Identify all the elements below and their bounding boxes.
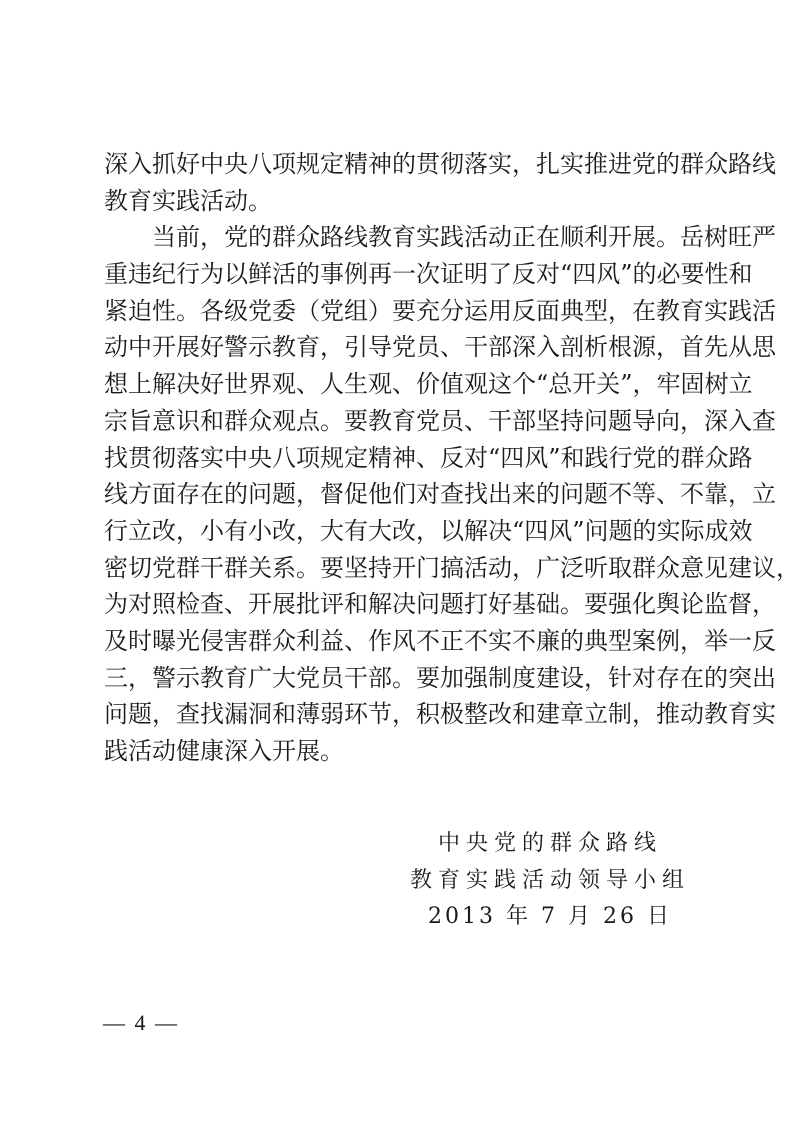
text-line: 及时曝光侵害群众利益、作风不正不实不廉的典型案例，举一反 bbox=[104, 623, 698, 660]
document-body: 深入抓好中央八项规定精神的贯彻落实，扎实推进党的群众路线 教育实践活动。 当前，… bbox=[104, 146, 698, 770]
text-line: 重违纪行为以鲜活的事例再一次证明了反对“四风”的必要性和 bbox=[104, 256, 698, 293]
text-line: 密切党群干群关系。要坚持开门搞活动，广泛听取群众意见建议， bbox=[104, 550, 698, 587]
document-page: 深入抓好中央八项规定精神的贯彻落实，扎实推进党的群众路线 教育实践活动。 当前，… bbox=[0, 0, 800, 1132]
text-line: 问题，查找漏洞和薄弱环节，积极整改和建章立制，推动教育实 bbox=[104, 696, 698, 733]
text-line: 当前，党的群众路线教育实践活动正在顺利开展。岳树旺严 bbox=[104, 219, 698, 256]
text-line: 宗旨意识和群众观点。要教育党员、干部坚持问题导向，深入查 bbox=[104, 403, 698, 440]
text-line: 找贯彻落实中央八项规定精神、反对“四风”和践行党的群众路 bbox=[104, 440, 698, 477]
text-line: 为对照检查、开展批评和解决问题打好基础。要强化舆论监督， bbox=[104, 586, 698, 623]
text-line: 深入抓好中央八项规定精神的贯彻落实，扎实推进党的群众路线 bbox=[104, 146, 698, 183]
signature-date: 2013 年 7 月 26 日 bbox=[400, 899, 700, 936]
text-line: 紧迫性。各级党委（党组）要充分运用反面典型，在教育实践活 bbox=[104, 293, 698, 330]
page-number: — 4 — bbox=[103, 1010, 179, 1036]
signature-org-line2: 教育实践活动领导小组 bbox=[400, 863, 700, 900]
text-line: 行立改，小有小改，大有大改，以解决“四风”问题的实际成效 bbox=[104, 513, 698, 550]
text-line: 教育实践活动。 bbox=[104, 183, 698, 220]
signature-block: 中央党的群众路线 教育实践活动领导小组 2013 年 7 月 26 日 bbox=[400, 826, 700, 936]
text-line: 想上解决好世界观、人生观、价值观这个“总开关”，牢固树立 bbox=[104, 366, 698, 403]
signature-org-line1: 中央党的群众路线 bbox=[400, 826, 700, 863]
text-line: 线方面存在的问题，督促他们对查找出来的问题不等、不靠，立 bbox=[104, 476, 698, 513]
text-line: 践活动健康深入开展。 bbox=[104, 733, 698, 770]
text-line: 三，警示教育广大党员干部。要加强制度建设，针对存在的突出 bbox=[104, 660, 698, 697]
text-line: 动中开展好警示教育，引导党员、干部深入剖析根源，首先从思 bbox=[104, 329, 698, 366]
